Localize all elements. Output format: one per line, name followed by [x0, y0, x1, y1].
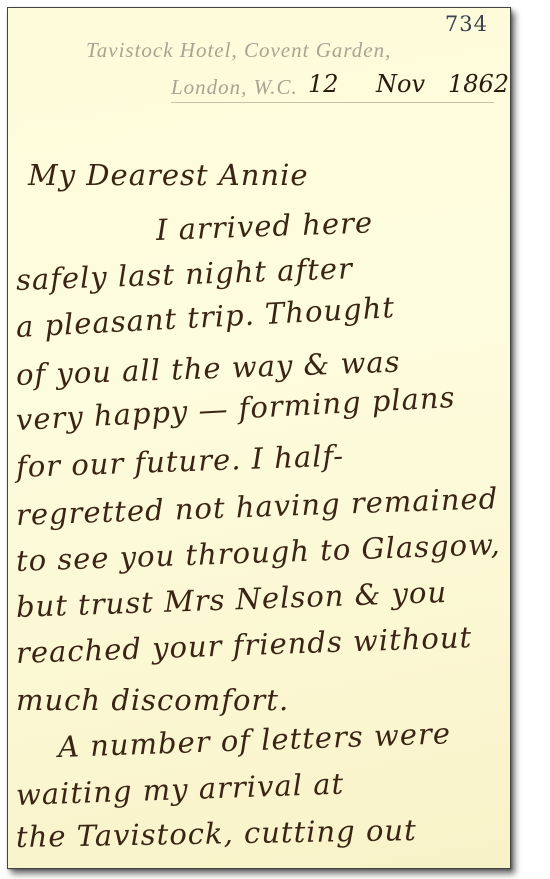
letter-line: regretted not having remained — [15, 481, 498, 532]
letter-line: a pleasant trip. Thought — [15, 290, 396, 344]
letter-line: waiting my arrival at — [15, 767, 344, 812]
letter-line: safely last night after — [15, 251, 353, 297]
letter-line: reached your friends without — [15, 620, 472, 670]
letter-line-with-underline: for our future. I half- — [15, 439, 344, 484]
date-month: Nov — [376, 70, 425, 98]
letter-page: 734 Tavistock Hotel, Covent Garden, Lond… — [7, 7, 511, 869]
letter-line: I arrived here — [155, 205, 373, 247]
letter-line: A number of letters were — [57, 716, 451, 764]
folio-number-stamp: 734 — [445, 12, 488, 36]
date-rule — [171, 102, 494, 103]
letter-line: to see you through to Glasgow, — [15, 527, 501, 578]
letter-line: the Tavistock, cutting out — [16, 813, 417, 854]
letter-line: but trust Mrs Nelson & you — [15, 575, 447, 624]
date-day: 12 — [308, 70, 339, 98]
letterhead-hotel: Tavistock Hotel, Covent Garden, — [86, 38, 391, 63]
salutation: My Dearest Annie — [28, 158, 309, 192]
letterhead-city: London, W.C. — [171, 75, 298, 100]
date-year: 1862 — [448, 70, 509, 98]
letter-line: much discomfort. — [16, 683, 289, 717]
